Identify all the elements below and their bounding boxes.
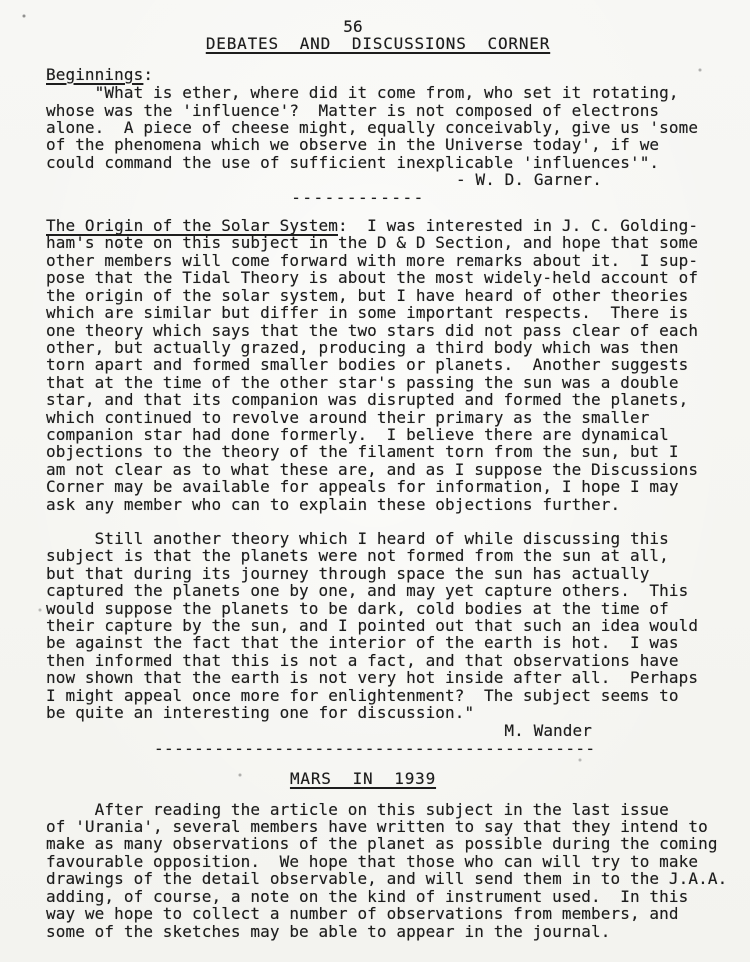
solar-system-heading-text: The Origin of the Solar System xyxy=(46,216,338,235)
beginnings-heading-text: Beginnings xyxy=(46,65,143,84)
page-content: 56 DEBATES AND DISCUSSIONS CORNER Beginn… xyxy=(0,0,750,940)
beginnings-quote-paragraph: "What is ether, where did it come from, … xyxy=(46,84,720,171)
mars-paragraph: After reading the article on this subjec… xyxy=(46,801,720,940)
section-divider-short: ------------ xyxy=(46,189,670,206)
attribution-wander: M. Wander xyxy=(46,722,720,739)
solar-system-lead-line: The Origin of the Solar System: I was in… xyxy=(46,217,720,234)
solar-system-paragraph-1: ham's note on this subject in the D & D … xyxy=(46,234,720,513)
scanned-document-page: 56 DEBATES AND DISCUSSIONS CORNER Beginn… xyxy=(0,0,750,962)
section-divider-long: ----------------------------------------… xyxy=(46,740,720,757)
solar-system-paragraph-2: Still another theory which I heard of wh… xyxy=(46,530,720,721)
attribution-garner: - W. D. Garner. xyxy=(46,171,720,188)
section-heading-mars: MARS IN 1939 xyxy=(46,770,680,787)
beginnings-heading-colon: : xyxy=(143,65,153,84)
page-number: 56 xyxy=(46,18,660,35)
section-heading-beginnings: Beginnings: xyxy=(46,66,720,83)
page-title: DEBATES AND DISCUSSIONS CORNER xyxy=(46,35,710,52)
solar-system-lead-rest: : I was interested in J. C. Golding- xyxy=(338,216,698,235)
